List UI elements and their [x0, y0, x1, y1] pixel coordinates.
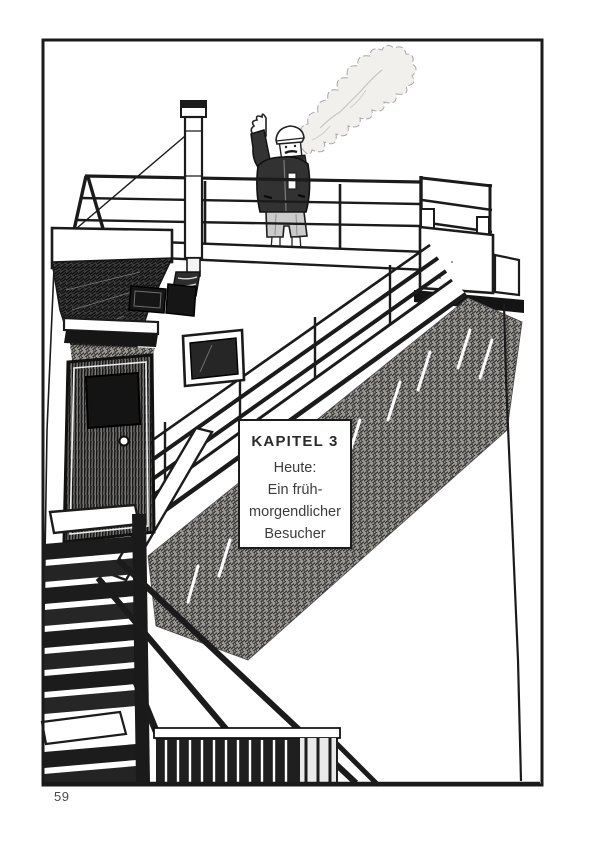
comic-page: KAPITEL 3 Heute: Ein früh- morgendlicher… — [0, 0, 600, 851]
door-knob[interactable] — [120, 437, 129, 446]
page-number: 59 — [54, 789, 69, 804]
wall-window — [183, 330, 244, 386]
chapter-subtitle-line: Besucher — [240, 523, 350, 545]
chapter-subtitle-line: Heute: — [240, 457, 350, 479]
chapter-subtitle: Heute: Ein früh- morgendlicher Besucher — [240, 457, 350, 545]
vent-box-right — [166, 284, 196, 316]
chapter-subtitle-line: morgendlicher — [240, 501, 350, 523]
door-window — [86, 373, 140, 428]
pipe-body — [185, 117, 202, 258]
jacket — [257, 157, 310, 212]
chapter-subtitle-line: Ein früh- — [240, 479, 350, 501]
chapter-number: KAPITEL 3 — [240, 433, 350, 450]
chapter-title-box: KAPITEL 3 Heute: Ein früh- morgendlicher… — [238, 419, 352, 549]
ground-fence — [154, 728, 340, 783]
